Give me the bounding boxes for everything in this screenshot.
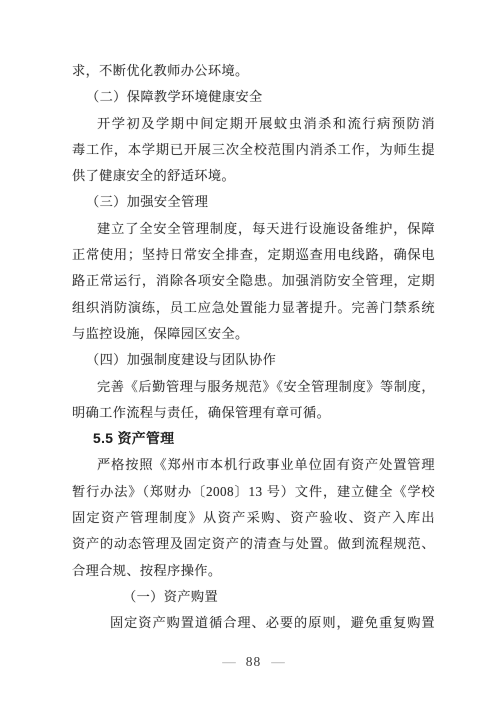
subheading-4-line: （四）加强制度建设与团队协作 (72, 347, 435, 373)
subheading-4: （四）加强制度建设与团队协作 (72, 347, 435, 373)
document-page: 求，不断优化教师办公环境。（二）保障教学环境健康安全开学初及学期中间定期开展蚊虫… (0, 0, 500, 707)
subheading-2-line: （二）保障教学环境健康安全 (72, 84, 435, 110)
paragraph-continuation-line: 求，不断优化教师办公环境。 (72, 58, 435, 84)
paragraph-safety-management: 建立了全安全管理制度，每天进行设施设备维护，保障正常使用；坚持日常安全排查，定期… (72, 216, 435, 347)
paragraph-system-building-line: 明确工作流程与责任，确保管理有章可循。 (72, 400, 435, 426)
paragraph-asset-management-line: 固定资产管理制度》从资产采购、资产验收、资产入库出库、 (72, 505, 435, 531)
page-number: 88 (246, 654, 262, 669)
paragraph-health-safety-line: 毒工作，本学期已开展三次全校范围内消杀工作，为师生提 (72, 137, 435, 163)
list-heading-1: （一）资产购置 (72, 584, 435, 610)
paragraph-continuation: 求，不断优化教师办公环境。 (72, 58, 435, 84)
page-footer: —88— (72, 651, 435, 673)
paragraph-asset-management-line: 资产的动态管理及固定资产的清查与处置。做到流程规范、 (72, 531, 435, 557)
paragraph-asset-management-line: 暂行办法》（郑财办〔2008〕13 号）文件，建立健全《学校 (72, 479, 435, 505)
paragraph-asset-management-line: 严格按照《郑州市本机行政事业单位固有资产处置管理 (72, 452, 435, 478)
section-heading-5-5: 5.5 资产管理 (72, 426, 435, 452)
subheading-2: （二）保障教学环境健康安全 (72, 84, 435, 110)
subheading-3: （三）加强安全管理 (72, 189, 435, 215)
subheading-3-line: （三）加强安全管理 (72, 189, 435, 215)
paragraph-asset-purchase: 固定资产购置道循合理、必要的原则，避免重复购置 (72, 610, 435, 636)
paragraph-system-building: 完善《后勤管理与服务规范》《安全管理制度》等制度，明确工作流程与责任，确保管理有… (72, 374, 435, 427)
paragraph-safety-management-line: 路正常运行，消除各项安全隐患。加强消防安全管理，定期 (72, 268, 435, 294)
paragraph-asset-management-line: 合理合规、按程序操作。 (72, 558, 435, 584)
section-heading-5-5-line: 5.5 资产管理 (72, 426, 435, 452)
document-content: 求，不断优化教师办公环境。（二）保障教学环境健康安全开学初及学期中间定期开展蚊虫… (72, 58, 435, 637)
paragraph-system-building-line: 完善《后勤管理与服务规范》《安全管理制度》等制度， (72, 374, 435, 400)
footer-dash-left: — (222, 654, 236, 669)
paragraph-safety-management-line: 正常使用；坚持日常安全排查，定期巡查用电线路，确保电 (72, 242, 435, 268)
paragraph-health-safety: 开学初及学期中间定期开展蚊虫消杀和流行病预防消毒工作，本学期已开展三次全校范围内… (72, 111, 435, 190)
paragraph-health-safety-line: 供了健康安全的舒适环境。 (72, 163, 435, 189)
paragraph-asset-management: 严格按照《郑州市本机行政事业单位固有资产处置管理暂行办法》（郑财办〔2008〕1… (72, 452, 435, 583)
list-heading-1-line: （一）资产购置 (72, 584, 435, 610)
paragraph-safety-management-line: 与监控设施，保障园区安全。 (72, 321, 435, 347)
paragraph-safety-management-line: 组织消防演练，员工应急处置能力显著提升。完善门禁系统 (72, 295, 435, 321)
paragraph-asset-purchase-line: 固定资产购置道循合理、必要的原则，避免重复购置 (72, 610, 435, 636)
paragraph-safety-management-line: 建立了全安全管理制度，每天进行设施设备维护，保障 (72, 216, 435, 242)
paragraph-health-safety-line: 开学初及学期中间定期开展蚊虫消杀和流行病预防消 (72, 111, 435, 137)
footer-dash-right: — (271, 654, 285, 669)
